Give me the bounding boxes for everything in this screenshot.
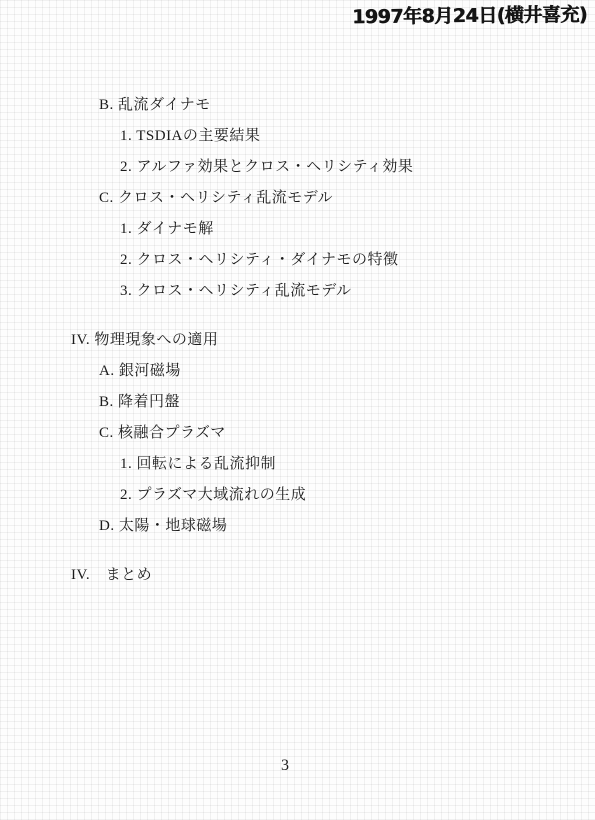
handwritten-date-annotation: 1997年8月24日(横井喜充) [352, 0, 587, 29]
outline-item: 2. プラズマ大域流れの生成 [0, 487, 595, 503]
page-number: 3 [281, 757, 289, 775]
outline-item: C. クロス・ヘリシティ乱流モデル [0, 190, 595, 206]
outline-item: IV. まとめ [0, 567, 595, 583]
outline-item: B. 乱流ダイナモ [0, 97, 595, 113]
outline-item: 1. ダイナモ解 [0, 221, 595, 237]
outline-item: IV. 物理現象への適用 [0, 332, 595, 348]
outline-list: B. 乱流ダイナモ1. TSDIAの主要結果2. アルファ効果とクロス・ヘリシテ… [0, 97, 595, 583]
outline-item: D. 太陽・地球磁場 [0, 518, 595, 534]
outline-item: A. 銀河磁場 [0, 363, 595, 379]
scanned-document-page: 1997年8月24日(横井喜充) B. 乱流ダイナモ1. TSDIAの主要結果2… [0, 0, 595, 820]
outline-item: 2. アルファ効果とクロス・ヘリシティ効果 [0, 159, 595, 175]
outline-item: 3. クロス・ヘリシティ乱流モデル [0, 283, 595, 299]
outline-item: 2. クロス・ヘリシティ・ダイナモの特徴 [0, 252, 595, 268]
outline-item: 1. TSDIAの主要結果 [0, 128, 595, 144]
outline-item: B. 降着円盤 [0, 394, 595, 410]
outline-item: 1. 回転による乱流抑制 [0, 456, 595, 472]
outline-item: C. 核融合プラズマ [0, 425, 595, 441]
